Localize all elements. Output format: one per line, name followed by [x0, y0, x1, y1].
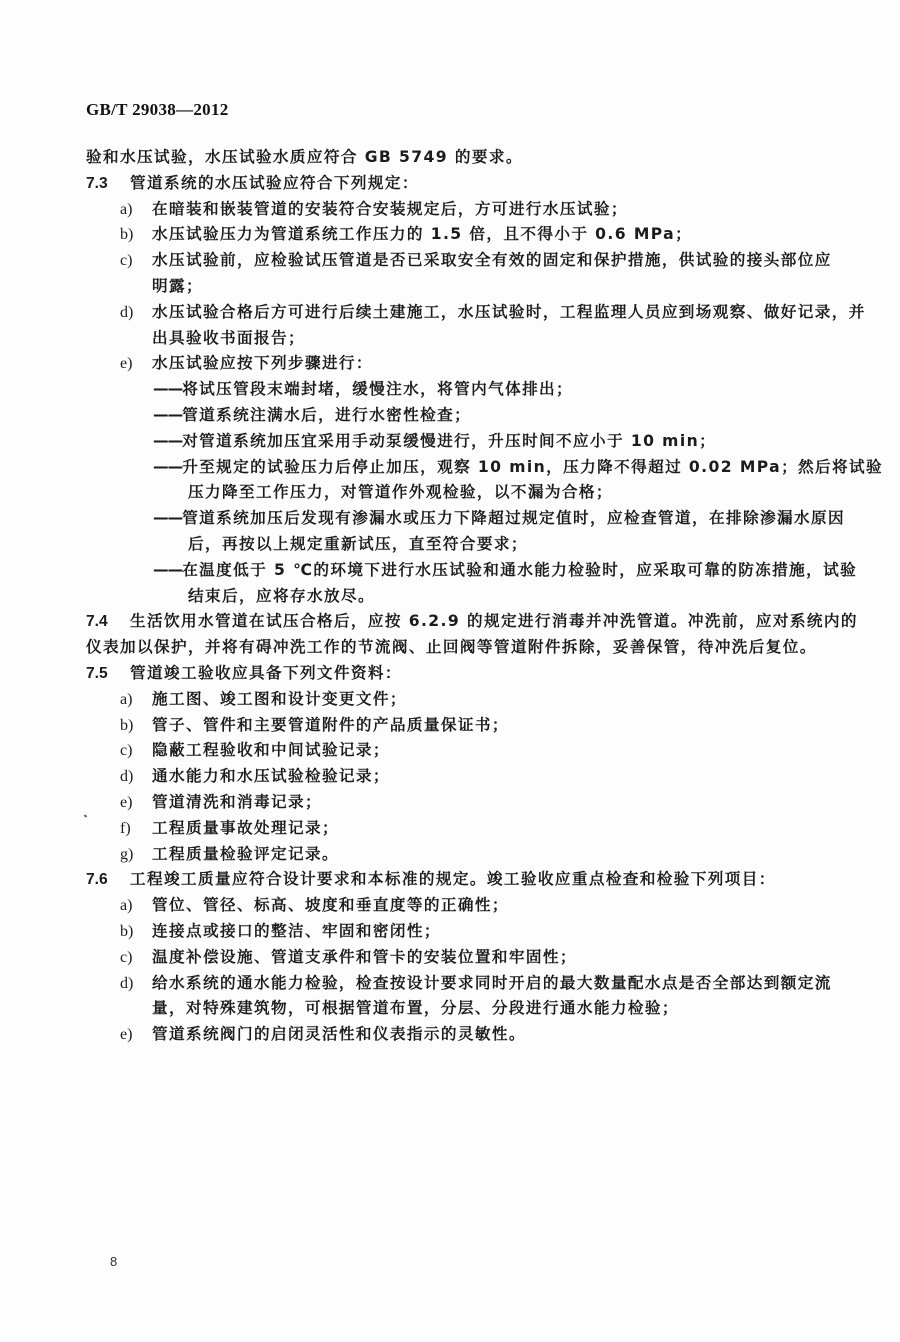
list-item-text: 给水系统的通水能力检验，检查按设计要求同时开启的最大数量配水点是否全部达到额定流 — [152, 974, 832, 992]
paragraph-text: 仪表加以保护，并将有碍冲洗工作的节流阀、止回阀等管道附件拆除，妥善保管，待冲洗后… — [86, 638, 817, 656]
clause-heading: 7.3管道系统的水压试验应符合下列规定： — [86, 171, 834, 197]
list-item: a)在暗装和嵌装管道的安装符合安装规定后，方可进行水压试验； — [86, 197, 834, 223]
list-item-text: 在暗装和嵌装管道的安装符合安装规定后，方可进行水压试验； — [152, 200, 628, 218]
dash-step-continuation: 压力降至工作压力，对管道作外观检验，以不漏为合格； — [86, 480, 834, 506]
list-item-text: 管位、管径、标高、坡度和垂直度等的正确性； — [152, 896, 509, 914]
clause-number: 7.3 — [86, 171, 130, 197]
list-item-text: 通水能力和水压试验检验记录； — [152, 767, 390, 785]
list-item-label: d) — [120, 300, 152, 326]
clause-number: 7.6 — [86, 867, 130, 893]
dash-step: ——将试压管段末端封堵，缓慢注水，将管内气体排出； — [86, 377, 834, 403]
dash-step: ——管道系统注满水后，进行水密性检查； — [86, 403, 834, 429]
list-item-text: 温度补偿设施、管道支承件和管卡的安装位置和牢固性； — [152, 948, 577, 966]
clause-heading: 7.5管道竣工验收应具备下列文件资料： — [86, 661, 834, 687]
dash-step-text: 升至规定的试验压力后停止加压，观察 10 min，压力降不得超过 0.02 MP… — [182, 458, 883, 476]
page-number: 8 — [110, 1254, 117, 1269]
list-item-label: b) — [120, 222, 152, 248]
list-item: b)水压试验压力为管道系统工作压力的 1.5 倍，且不得小于 0.6 MPa； — [86, 222, 834, 248]
dash-glyph: —— — [153, 380, 182, 398]
dash-step-text: 管道系统加压后发现有渗漏水或压力下降超过规定值时，应检查管道，在排除渗漏水原因 — [182, 509, 845, 527]
list-item-label: a) — [120, 893, 152, 919]
paragraph-line: 仪表加以保护，并将有碍冲洗工作的节流阀、止回阀等管道附件拆除，妥善保管，待冲洗后… — [86, 635, 834, 661]
list-item-label: e) — [120, 1022, 152, 1048]
clause-number: 7.4 — [86, 609, 130, 635]
list-item-text: 连接点或接口的整洁、牢固和密闭性； — [152, 922, 441, 940]
list-item-text: 隐蔽工程验收和中间试验记录； — [152, 741, 390, 759]
clause-heading: 7.6工程竣工质量应符合设计要求和本标准的规定。竣工验收应重点检查和检验下列项目… — [86, 867, 834, 893]
list-item-label: e) — [120, 790, 152, 816]
list-item-text: 水压试验合格后方可进行后续土建施工，水压试验时，工程监理人员应到场观察、做好记录… — [152, 303, 866, 321]
list-item: d)给水系统的通水能力检验，检查按设计要求同时开启的最大数量配水点是否全部达到额… — [86, 971, 834, 997]
paragraph-line: 验和水压试验，水压试验水质应符合 GB 5749 的要求。 — [86, 145, 834, 171]
dash-step: ——升至规定的试验压力后停止加压，观察 10 min，压力降不得超过 0.02 … — [86, 455, 834, 481]
list-item: c)隐蔽工程验收和中间试验记录； — [86, 738, 834, 764]
list-item-label: b) — [120, 713, 152, 739]
dash-step-text: 管道系统注满水后，进行水密性检查； — [182, 406, 471, 424]
list-item-label: a) — [120, 687, 152, 713]
list-item-text: 出具验收书面报告； — [152, 329, 305, 347]
dash-step-continuation: 后，再按以上规定重新试压，直至符合要求； — [86, 532, 834, 558]
dash-step: ——对管道系统加压宜采用手动泵缓慢进行，升压时间不应小于 10 min； — [86, 429, 834, 455]
list-item: a)施工图、竣工图和设计变更文件； — [86, 687, 834, 713]
list-item-text: 量，对特殊建筑物，可根据管道布置，分层、分段进行通水能力检验； — [152, 999, 679, 1017]
clause-number: 7.5 — [86, 661, 130, 687]
list-item-label: d) — [120, 764, 152, 790]
dash-step-text: 将试压管段末端封堵，缓慢注水，将管内气体排出； — [182, 380, 573, 398]
list-item-text: 工程质量事故处理记录； — [152, 819, 339, 837]
list-item: f)工程质量事故处理记录； — [86, 816, 834, 842]
list-item-label: c) — [120, 248, 152, 274]
list-item-text: 工程质量检验评定记录。 — [152, 845, 339, 863]
list-item: d)水压试验合格后方可进行后续土建施工，水压试验时，工程监理人员应到场观察、做好… — [86, 300, 834, 326]
list-item-label: a) — [120, 197, 152, 223]
list-item: b)连接点或接口的整洁、牢固和密闭性； — [86, 919, 834, 945]
list-item: e)管道清洗和消毒记录； — [86, 790, 834, 816]
list-item-text: 水压试验应按下列步骤进行： — [152, 354, 373, 372]
clause-heading: 7.4生活饮用水管道在试压合格后，应按 6.2.9 的规定进行消毒并冲洗管道。冲… — [86, 609, 834, 635]
list-item: b)管子、管件和主要管道附件的产品质量保证书； — [86, 713, 834, 739]
list-item: g)工程质量检验评定记录。 — [86, 842, 834, 868]
list-item-label: e) — [120, 351, 152, 377]
list-item-text: 水压试验压力为管道系统工作压力的 1.5 倍，且不得小于 0.6 MPa； — [152, 225, 692, 243]
list-item-label: c) — [120, 945, 152, 971]
list-item: c)温度补偿设施、管道支承件和管卡的安装位置和牢固性； — [86, 945, 834, 971]
list-item-text: 施工图、竣工图和设计变更文件； — [152, 690, 407, 708]
dash-step-text: 结束后，应将存水放尽。 — [188, 587, 375, 605]
dash-glyph: —— — [153, 458, 182, 476]
list-item: e)管道系统阀门的启闭灵活性和仪表指示的灵敏性。 — [86, 1022, 834, 1048]
list-item-text: 明露； — [152, 277, 203, 295]
list-item: c)水压试验前，应检验试压管道是否已采取安全有效的固定和保护措施，供试验的接头部… — [86, 248, 834, 274]
dash-step: ——管道系统加压后发现有渗漏水或压力下降超过规定值时，应检查管道，在排除渗漏水原… — [86, 506, 834, 532]
list-item-text: 水压试验前，应检验试压管道是否已采取安全有效的固定和保护措施，供试验的接头部位应 — [152, 251, 832, 269]
clause-text: 生活饮用水管道在试压合格后，应按 6.2.9 的规定进行消毒并冲洗管道。冲洗前，… — [130, 612, 858, 630]
list-item-label: d) — [120, 971, 152, 997]
dash-glyph: —— — [153, 406, 182, 424]
standard-code-header: GB/T 29038—2012 — [86, 100, 229, 120]
document-page: GB/T 29038—2012 验和水压试验，水压试验水质应符合 GB 5749… — [0, 0, 900, 1342]
clause-text: 管道竣工验收应具备下列文件资料： — [130, 664, 402, 682]
dash-glyph: —— — [153, 509, 182, 527]
list-item-text: 管子、管件和主要管道附件的产品质量保证书； — [152, 716, 509, 734]
list-item-label: f) — [120, 816, 152, 842]
paragraph-text: 验和水压试验，水压试验水质应符合 GB 5749 的要求。 — [86, 148, 523, 166]
dash-step: ——在温度低于 5 ℃的环境下进行水压试验和通水能力检验时，应采取可靠的防冻措施… — [86, 558, 834, 584]
list-item-label: b) — [120, 919, 152, 945]
dash-step-text: 后，再按以上规定重新试压，直至符合要求； — [188, 535, 528, 553]
list-item-label: c) — [120, 738, 152, 764]
list-item-text: 管道清洗和消毒记录； — [152, 793, 322, 811]
document-body: 验和水压试验，水压试验水质应符合 GB 5749 的要求。7.3管道系统的水压试… — [86, 145, 834, 1048]
list-item: d)通水能力和水压试验检验记录； — [86, 764, 834, 790]
list-item-label: g) — [120, 842, 152, 868]
dash-glyph: —— — [153, 561, 182, 579]
dash-step-text: 压力降至工作压力，对管道作外观检验，以不漏为合格； — [188, 483, 613, 501]
dash-step-text: 在温度低于 5 ℃的环境下进行水压试验和通水能力检验时，应采取可靠的防冻措施，试… — [182, 561, 857, 579]
list-item: e)水压试验应按下列步骤进行： — [86, 351, 834, 377]
clause-text: 工程竣工质量应符合设计要求和本标准的规定。竣工验收应重点检查和检验下列项目： — [130, 870, 776, 888]
list-item-continuation: 出具验收书面报告； — [86, 326, 834, 352]
list-item: a)管位、管径、标高、坡度和垂直度等的正确性； — [86, 893, 834, 919]
list-item-text: 管道系统阀门的启闭灵活性和仪表指示的灵敏性。 — [152, 1025, 526, 1043]
list-item-continuation: 量，对特殊建筑物，可根据管道布置，分层、分段进行通水能力检验； — [86, 996, 834, 1022]
dash-step-continuation: 结束后，应将存水放尽。 — [86, 584, 834, 610]
dash-step-text: 对管道系统加压宜采用手动泵缓慢进行，升压时间不应小于 10 min； — [182, 432, 716, 450]
dash-glyph: —— — [153, 432, 182, 450]
list-item-continuation: 明露； — [86, 274, 834, 300]
clause-text: 管道系统的水压试验应符合下列规定： — [130, 174, 419, 192]
